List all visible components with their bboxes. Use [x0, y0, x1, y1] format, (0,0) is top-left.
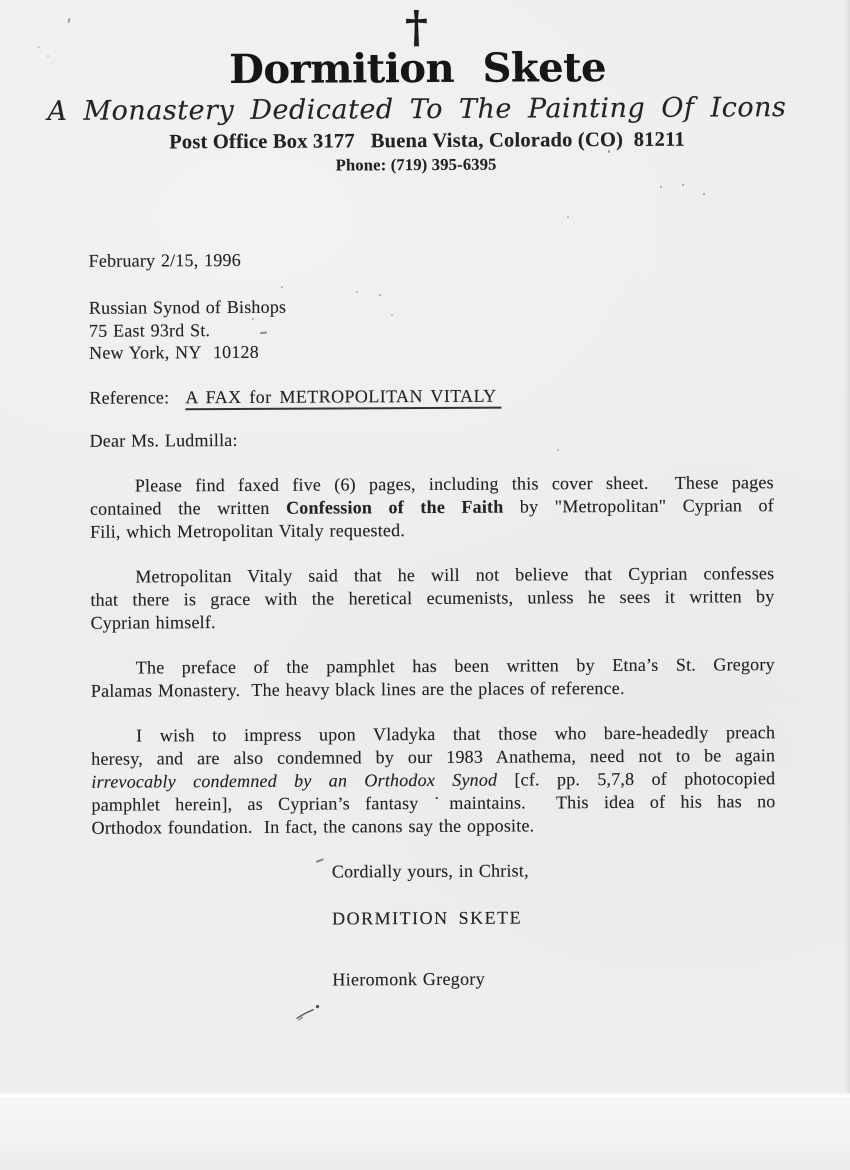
paragraph: Please find faxed five (6) pages, includ…	[90, 471, 774, 544]
salutation: Dear Ms. Ludmilla:	[90, 426, 774, 453]
text-line: Please find faxed five (6) pages, includ…	[90, 471, 774, 498]
text-segment: heresy, and are also condemned by our 19…	[91, 745, 775, 769]
signature-name: Hieromonk Gregory	[332, 966, 776, 991]
text-segment: [cf. pp. 5,7,8 of photocopied	[497, 768, 775, 789]
paragraph: Metropolitan Vitaly said that he will no…	[90, 562, 774, 635]
closing-block: Cordially yours, in Christ, DORMITION SK…	[332, 858, 777, 991]
text-line: pamphlet herein], as Cyprian’s fantasy ˙…	[91, 790, 775, 817]
closing-line: Cordially yours, in Christ,	[332, 858, 776, 883]
text-line: Fili, which Metropolitan Vitaly requeste…	[90, 517, 774, 544]
letterhead-subtitle: A Monastery Dedicated To The Painting Of…	[0, 93, 836, 127]
text-segment: The preface of the pamphlet has been wri…	[136, 654, 775, 677]
text-line: Cyprian himself.	[90, 608, 774, 635]
recipient-line: New York, NY 10128	[89, 338, 773, 364]
text-segment: Confession of the Faith	[286, 496, 503, 517]
pen-mark	[294, 1001, 326, 1025]
text-segment: Please find faxed five (6) pages, includ…	[135, 472, 774, 495]
reference-value: A FAX for METROPOLITAN VITALY	[185, 385, 501, 410]
text-segment: Cyprian himself.	[90, 612, 215, 633]
text-segment: irrevocably condemned by an Orthodox Syn…	[91, 769, 497, 791]
text-segment: Fili, which Metropolitan Vitaly requeste…	[90, 520, 405, 542]
text-line: I wish to impress upon Vladyka that thos…	[91, 721, 775, 748]
scanner-background	[0, 1099, 850, 1170]
letter-body: February 2/15, 1996 Russian Synod of Bis…	[89, 246, 777, 992]
text-segment: Palamas Monastery. The heavy black lines…	[91, 677, 625, 700]
signature-organization: DORMITION SKETE	[332, 905, 776, 930]
paragraph: I wish to impress upon Vladyka that thos…	[91, 721, 776, 840]
reference-label: Reference:	[89, 387, 169, 407]
text-segment: that there is grace with the heretical e…	[90, 586, 774, 610]
letterhead-address: Post Office Box 3177 Buena Vista, Colora…	[6, 128, 848, 155]
text-line: heresy, and are also condemned by our 19…	[91, 744, 775, 771]
letter: † Dormition Skete A Monastery Dedicated …	[0, 0, 850, 1170]
text-line: The preface of the pamphlet has been wri…	[91, 653, 775, 680]
text-line: Metropolitan Vitaly said that he will no…	[90, 562, 774, 589]
letterhead-title: Dormition Skete	[0, 45, 838, 93]
text-line: Orthodox foundation. In fact, the canons…	[92, 813, 776, 840]
paragraphs: Please find faxed five (6) pages, includ…	[90, 471, 776, 840]
text-line: contained the written Confession of the …	[90, 494, 774, 521]
text-line: that there is grace with the heretical e…	[90, 585, 774, 612]
text-segment: I wish to impress upon Vladyka that thos…	[136, 722, 775, 745]
text-segment: Metropolitan Vitaly said that he will no…	[135, 563, 774, 586]
text-segment: by "Metropolitan" Cyprian of	[503, 495, 774, 516]
letterhead-phone: Phone: (719) 395-6395	[0, 154, 834, 176]
text-line: Palamas Monastery. The heavy black lines…	[91, 676, 775, 703]
text-segment: contained the written	[90, 497, 286, 518]
paragraph: The preface of the pamphlet has been wri…	[91, 653, 775, 703]
text-segment: pamphlet herein], as Cyprian’s fantasy ˙…	[91, 791, 775, 815]
text-segment: Orthodox foundation. In fact, the canons…	[92, 815, 535, 837]
reference-line: Reference:A FAX for METROPOLITAN VITALY	[89, 383, 773, 410]
date-line: February 2/15, 1996	[89, 246, 773, 273]
recipient-address: Russian Synod of Bishops75 East 93rd St.…	[89, 293, 773, 364]
text-line: irrevocably condemned by an Orthodox Syn…	[91, 767, 775, 794]
